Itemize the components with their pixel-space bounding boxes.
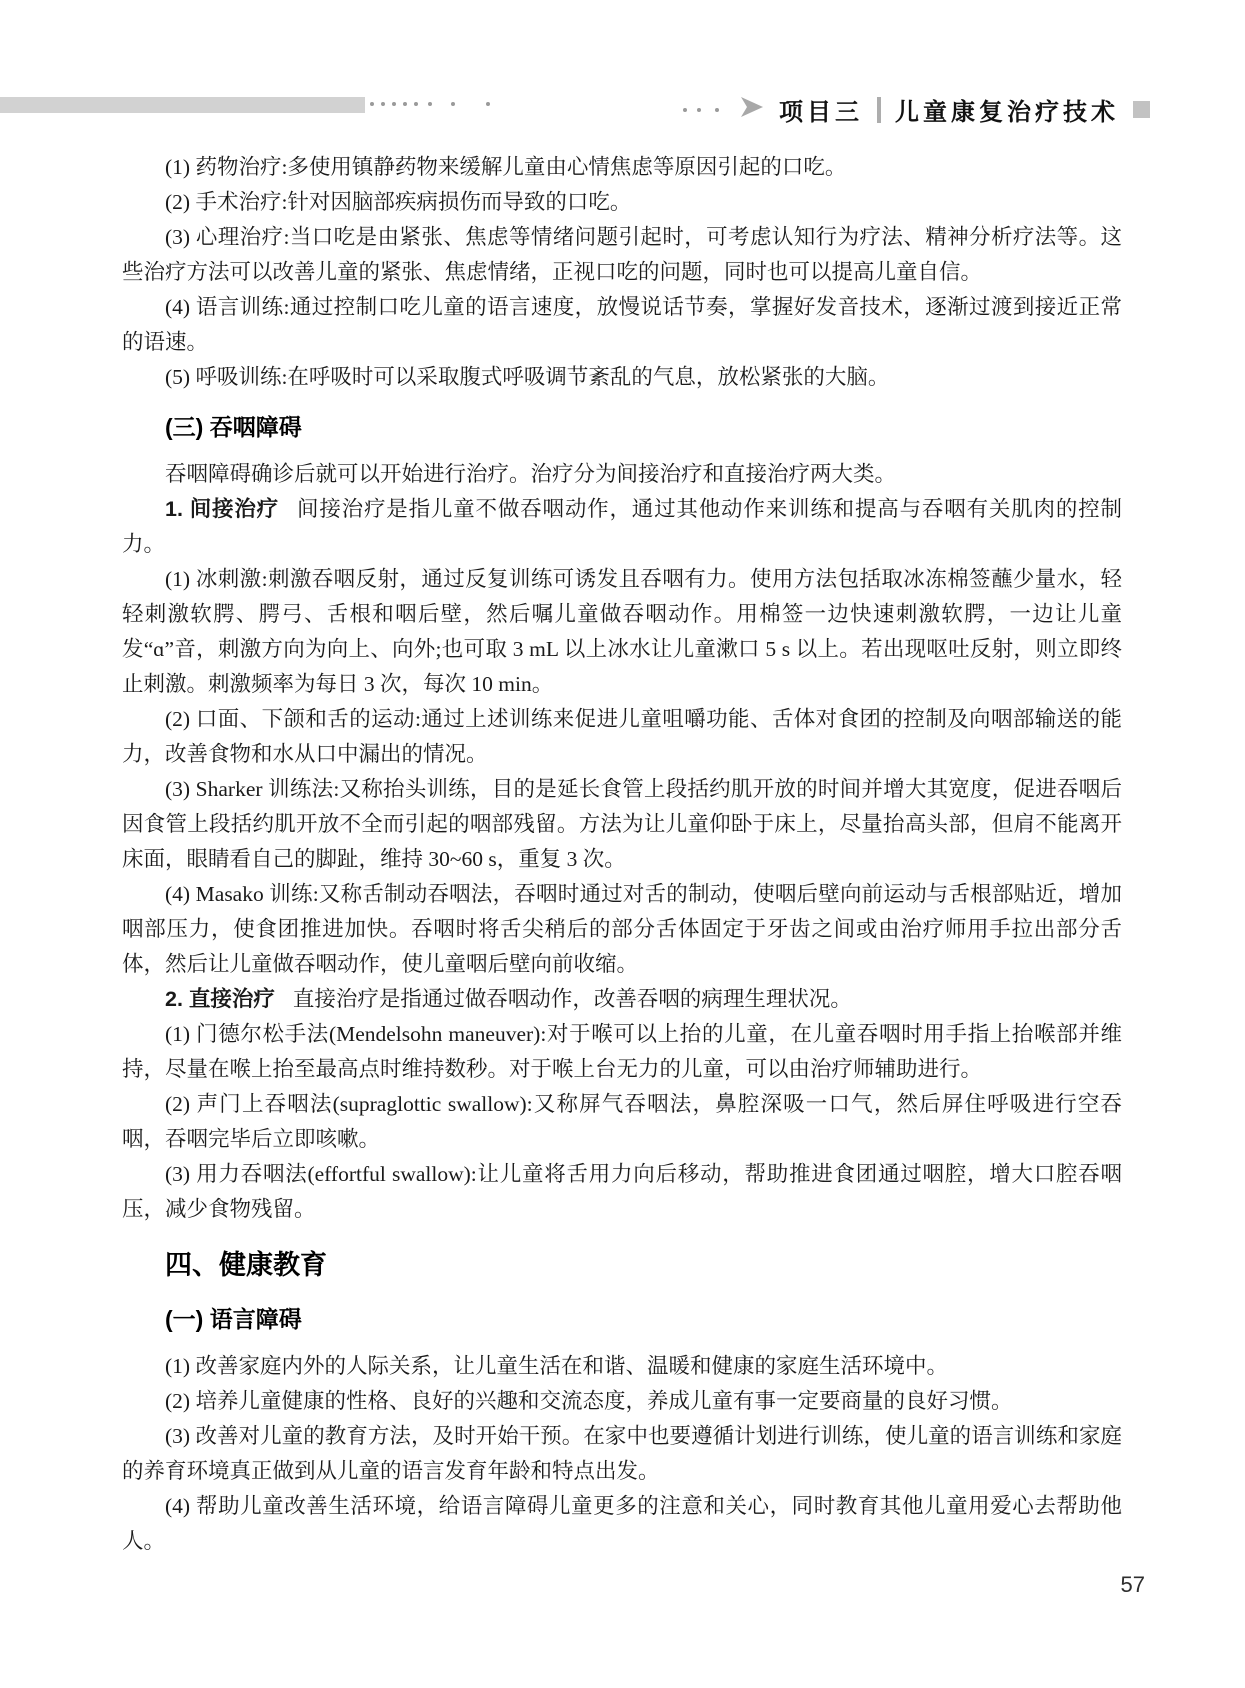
paragraph: 1. 间接治疗间接治疗是指儿童不做吞咽动作，通过其他动作来训练和提高与吞咽有关肌… bbox=[122, 492, 1122, 562]
paragraph: (3) Sharker 训练法:又称抬头训练，目的是延长食管上段括约肌开放的时间… bbox=[122, 772, 1122, 877]
paragraph: (2) 声门上吞咽法(supraglottic swallow):又称屏气吞咽法… bbox=[122, 1087, 1122, 1157]
page-number: 57 bbox=[1121, 1572, 1145, 1598]
paragraph: (5) 呼吸训练:在呼吸时可以采取腹式呼吸调节紊乱的气息，放松紧张的大脑。 bbox=[122, 360, 1122, 395]
paragraph: (1) 冰刺激:刺激吞咽反射，通过反复训练可诱发且吞咽有力。使用方法包括取冰冻棉… bbox=[122, 562, 1122, 702]
paragraph: (3) 改善对儿童的教育方法，及时开始干预。在家中也要遵循计划进行训练，使儿童的… bbox=[122, 1419, 1122, 1489]
paragraph: (4) 语言训练:通过控制口吃儿童的语言速度，放慢说话节奏，掌握好发音技术，逐渐… bbox=[122, 290, 1122, 360]
page-content: (1) 药物治疗:多使用镇静药物来缓解儿童由心情焦虑等原因引起的口吃。(2) 手… bbox=[122, 150, 1122, 1559]
paragraph: (1) 门德尔松手法(Mendelsohn maneuver):对于喉可以上抬的… bbox=[122, 1017, 1122, 1087]
chevron-right-icon bbox=[739, 96, 765, 123]
header-square-icon bbox=[1133, 101, 1150, 118]
header-gray-bar bbox=[0, 97, 365, 113]
paragraph: 吞咽障碍确诊后就可以开始进行治疗。治疗分为间接治疗和直接治疗两大类。 bbox=[122, 457, 1122, 492]
header-right: 项目三 儿童康复治疗技术 bbox=[683, 92, 1150, 127]
section-heading: 四、健康教育 bbox=[122, 1243, 1122, 1287]
chapter-title: 儿童康复治疗技术 bbox=[895, 92, 1119, 127]
subsection-heading: (一) 语言障碍 bbox=[122, 1299, 1122, 1339]
bold-lead-in: 1. 间接治疗 bbox=[165, 497, 279, 521]
paragraph: (2) 手术治疗:针对因脑部疾病损伤而导致的口吃。 bbox=[122, 185, 1122, 220]
chapter-label: 项目三 bbox=[779, 92, 863, 127]
header-dots-left bbox=[370, 102, 490, 106]
paragraph: (2) 口面、下颌和舌的运动:通过上述训练来促进儿童咀嚼功能、舌体对食团的控制及… bbox=[122, 702, 1122, 772]
paragraph: 2. 直接治疗直接治疗是指通过做吞咽动作，改善吞咽的病理生理状况。 bbox=[122, 982, 1122, 1017]
paragraph: (3) 心理治疗:当口吃是由紧张、焦虑等情绪问题引起时，可考虑认知行为疗法、精神… bbox=[122, 220, 1122, 290]
running-header: 项目三 儿童康复治疗技术 bbox=[0, 92, 1245, 126]
paragraph: (3) 用力吞咽法(effortful swallow):让儿童将舌用力向后移动… bbox=[122, 1157, 1122, 1227]
header-dots-right bbox=[683, 108, 719, 112]
paragraph: (4) Masako 训练:又称舌制动吞咽法，吞咽时通过对舌的制动，使咽后壁向前… bbox=[122, 877, 1122, 982]
paragraph: (1) 药物治疗:多使用镇静药物来缓解儿童由心情焦虑等原因引起的口吃。 bbox=[122, 150, 1122, 185]
paragraph: (4) 帮助儿童改善生活环境，给语言障碍儿童更多的注意和关心，同时教育其他儿童用… bbox=[122, 1489, 1122, 1559]
header-divider-bar bbox=[877, 97, 881, 123]
book-page: 项目三 儿童康复治疗技术 (1) 药物治疗:多使用镇静药物来缓解儿童由心情焦虑等… bbox=[0, 0, 1245, 1688]
bold-lead-in: 2. 直接治疗 bbox=[165, 987, 275, 1011]
paragraph: (2) 培养儿童健康的性格、良好的兴趣和交流态度，养成儿童有事一定要商量的良好习… bbox=[122, 1384, 1122, 1419]
subsection-heading: (三) 吞咽障碍 bbox=[122, 407, 1122, 447]
paragraph: (1) 改善家庭内外的人际关系，让儿童生活在和谐、温暖和健康的家庭生活环境中。 bbox=[122, 1349, 1122, 1384]
